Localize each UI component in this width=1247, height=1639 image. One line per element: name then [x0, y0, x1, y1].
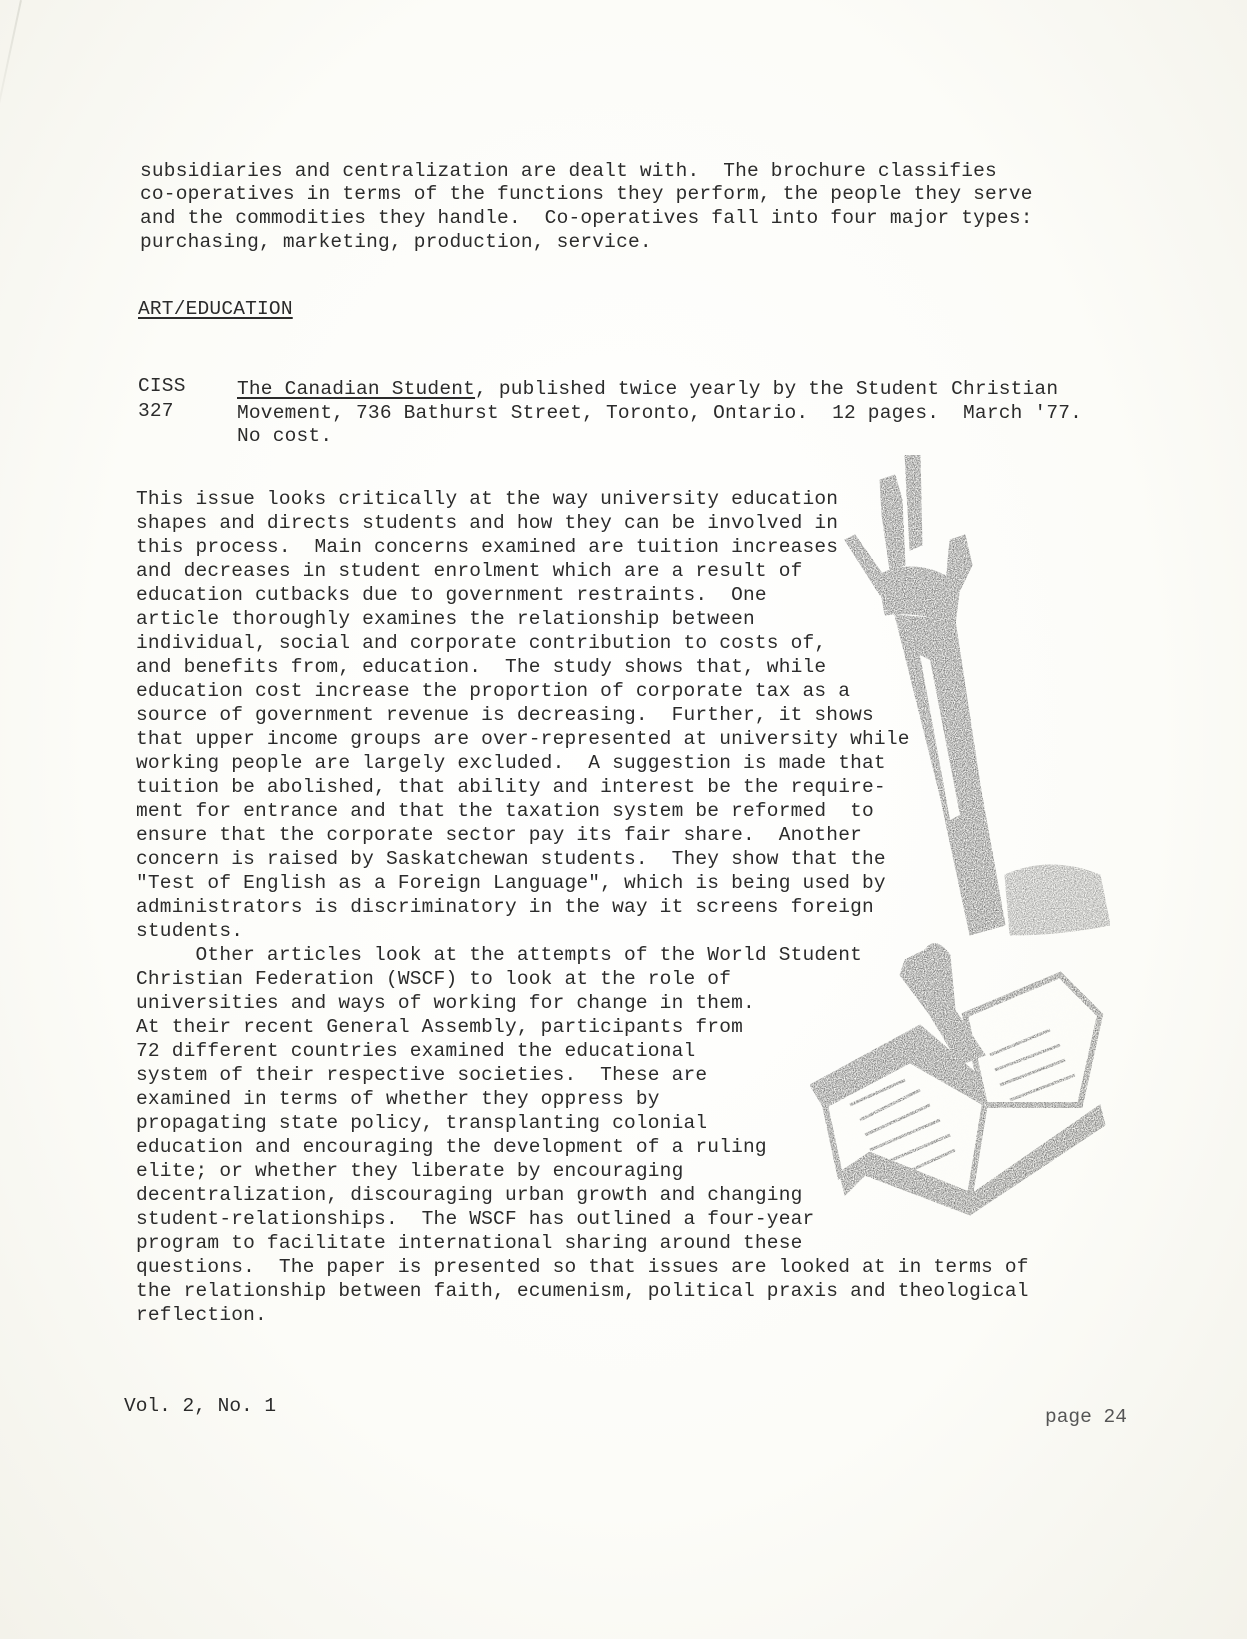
body-line: Other articles look at the attempts of t…: [136, 944, 862, 966]
body-line: source of government revenue is decreasi…: [136, 704, 874, 726]
citation-text: , published twice yearly by the Student …: [475, 378, 1058, 400]
body-line: the relationship between faith, ecumenis…: [136, 1280, 1029, 1302]
body-line: program to facilitate international shar…: [136, 1232, 803, 1254]
body-line: 72 different countries examined the educ…: [136, 1040, 695, 1062]
body-line: students.: [136, 920, 243, 942]
citation-line-1: The Canadian Student, published twice ye…: [237, 378, 1058, 400]
body-line: elite; or whether they liberate by encou…: [136, 1160, 684, 1182]
body-line: administrators is discriminatory in the …: [136, 896, 874, 918]
raised-hand-book-illustration-icon: [810, 455, 1110, 1235]
body-line: propagating state policy, transplanting …: [136, 1112, 707, 1134]
body-line: Christian Federation (WSCF) to look at t…: [136, 968, 731, 990]
body-line: student-relationships. The WSCF has outl…: [136, 1208, 814, 1230]
body-line: decentralization, discouraging urban gro…: [136, 1184, 803, 1206]
body-line: education cost increase the proportion o…: [136, 680, 850, 702]
body-line: working people are largely excluded. A s…: [136, 752, 886, 774]
volume-number: Vol. 2, No. 1: [124, 1395, 276, 1417]
section-heading: ART/EDUCATION: [138, 298, 293, 320]
body-line: this process. Main concerns examined are…: [136, 536, 838, 558]
body-line: shapes and directs students and how they…: [136, 512, 838, 534]
body-line: At their recent General Assembly, partic…: [136, 1016, 743, 1038]
body-line: education and encouraging the developmen…: [136, 1136, 767, 1158]
body-line: system of their respective societies. Th…: [136, 1064, 707, 1086]
publication-title: The Canadian Student: [237, 378, 475, 400]
paper-crease: [0, 0, 22, 147]
body-line: ment for entrance and that the taxation …: [136, 800, 874, 822]
body-line: questions. The paper is presented so tha…: [136, 1256, 1029, 1278]
entry-code: CISS: [138, 375, 186, 397]
body-line: tuition be abolished, that ability and i…: [136, 776, 886, 798]
body-line: This issue looks critically at the way u…: [136, 488, 838, 510]
body-line: reflection.: [136, 1304, 267, 1326]
body-line: and benefits from, education. The study …: [136, 656, 826, 678]
body-line: examined in terms of whether they oppres…: [136, 1088, 660, 1110]
entry-number: 327: [138, 400, 174, 422]
body-line: ensure that the corporate sector pay its…: [136, 824, 862, 846]
body-line: and decreases in student enrolment which…: [136, 560, 803, 582]
intro-line: and the commodities they handle. Co-oper…: [140, 207, 1033, 229]
intro-line: co-operatives in terms of the functions …: [140, 183, 1033, 205]
citation-line-3: No cost.: [237, 425, 332, 447]
citation-line-2: Movement, 736 Bathurst Street, Toronto, …: [237, 402, 1082, 424]
page-number: page 24: [1045, 1406, 1127, 1428]
body-line: education cutbacks due to government res…: [136, 584, 767, 606]
body-line: concern is raised by Saskatchewan studen…: [136, 848, 886, 870]
body-line: individual, social and corporate contrib…: [136, 632, 826, 654]
body-line: article thoroughly examines the relation…: [136, 608, 755, 630]
document-page: subsidiaries and centralization are deal…: [0, 0, 1247, 1639]
intro-line: subsidiaries and centralization are deal…: [140, 160, 997, 182]
body-line: "Test of English as a Foreign Language",…: [136, 872, 886, 894]
intro-line: purchasing, marketing, production, servi…: [140, 231, 652, 253]
body-line: universities and ways of working for cha…: [136, 992, 755, 1014]
body-line: that upper income groups are over-repres…: [136, 728, 910, 750]
